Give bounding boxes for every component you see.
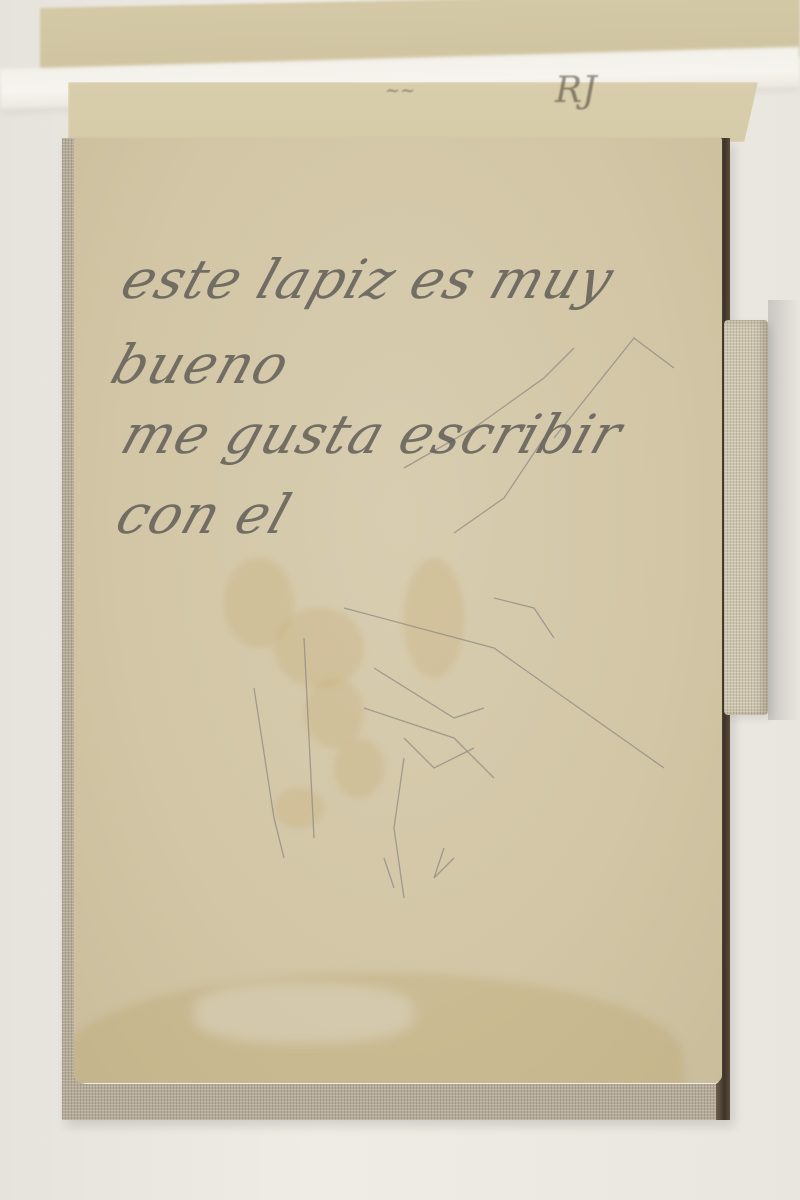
pencil-holder-loop bbox=[724, 320, 768, 715]
handwriting-line-2: bueno bbox=[104, 333, 298, 396]
notebook-page: este lapiz es muy bueno me gusta escribi… bbox=[74, 138, 722, 1083]
handwriting-line-1: este lapiz es muy bbox=[114, 248, 622, 311]
handwriting-line-3: me gusta escribir bbox=[114, 403, 631, 466]
top-page-mark-right: RJ bbox=[555, 70, 597, 111]
pencil-loop-shadow bbox=[768, 300, 800, 720]
top-page-mark-left: ~~ bbox=[385, 80, 415, 101]
handwriting-line-4: con el bbox=[109, 483, 299, 546]
